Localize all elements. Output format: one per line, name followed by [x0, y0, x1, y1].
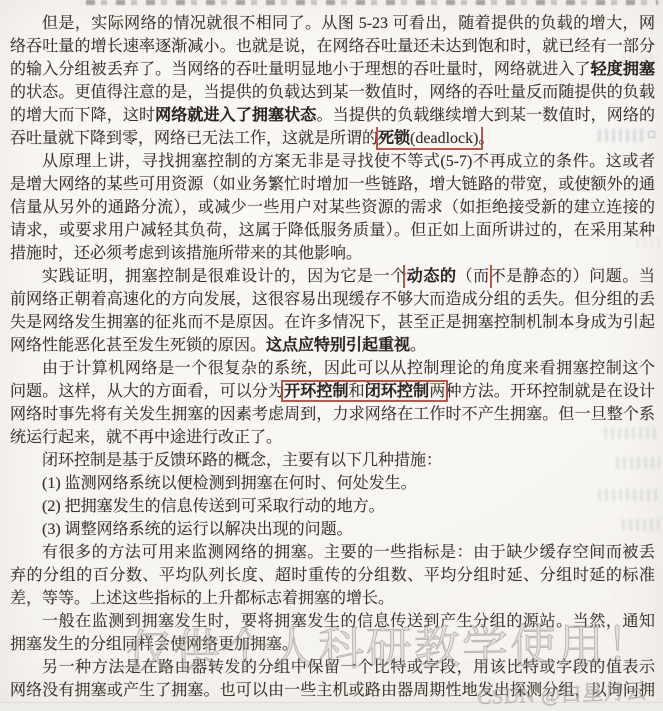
text-line: 网络性能恶化甚至发生死锁的原因。这点应特别引起重视。 [10, 334, 655, 357]
text-line: 统运行起来，就不再中途进行改正了。 [10, 426, 655, 449]
text-line: 弃的分组的百分数、平均队列长度、超时重传的分组数、平均分组时延、分组时延的标准 [10, 564, 655, 587]
text-run: 是增大网络的某些可用资源（如业务繁忙时增加一些链路，增大链路的带宽，或使额外的通 [10, 176, 655, 193]
emphasis-text: 死锁 [378, 130, 410, 147]
emphasis-text: 闭环控制 [365, 383, 430, 400]
text-line: 请求，或要求用户减轻其负荷，这属于降低服务质量）。但正如上面所讲过的，在采用某种 [10, 219, 655, 242]
text-run: (2) 把拥塞发生的信息传送到可采取行动的地方。 [42, 498, 385, 515]
text-line: (2) 把拥塞发生的信息传送到可采取行动的地方。 [10, 495, 655, 518]
text-run: 闭环控制是基于反馈环路的概念，主要有以下几种措施： [42, 452, 442, 469]
text-line: 闭环控制是基于反馈环路的概念，主要有以下几种措施： [10, 449, 655, 472]
text-run: 和 [349, 383, 365, 400]
text-line: 的状态。更值得注意的是，当提供的负载达到某一数值时，网络的吞吐量反而随提供的负载 [10, 81, 655, 104]
text-run: 失是网络发生拥塞的征兆而不是原因。在许多情况下，甚至正是拥塞控制机制本身成为引起 [10, 314, 655, 331]
text-run: 弃的分组的百分数、平均队列长度、超时重传的分组数、平均分组时延、分组时延的标准 [10, 567, 655, 584]
text-line: 失是网络发生拥塞的征兆而不是原因。在许多情况下，甚至正是拥塞控制机制本身成为引起 [10, 311, 655, 334]
text-run: 统运行起来，就不再中途进行改正了。 [10, 429, 282, 446]
text-run: 差，等等。上述这些指标的上升都标志着拥塞的增长。 [10, 590, 394, 607]
text-run: （而 [457, 268, 490, 285]
text-line: 由于计算机网络是一个很复杂的系统，因此可以从控制理论的角度来看拥塞控制这个 [10, 357, 655, 380]
text-run: 从原理上讲，寻找拥塞控制的方案无非是寻找使不等式(5-7)不再成立的条件。这或者 [42, 153, 655, 170]
text-run: 实践证明，拥塞控制是很难设计的，因为它是一个 [42, 268, 407, 285]
text-line: 问题。这样，从大的方面看，可以分为开环控制和闭环控制两种方法。开环控制就是在设计 [10, 380, 655, 403]
text-line: 差，等等。上述这些指标的上升都标志着拥塞的增长。 [10, 587, 655, 610]
emphasis-text: 网络就进入了拥塞状态 [155, 107, 316, 124]
text-line: (1) 监测网络系统以便检测到拥塞在何时、何处发生。 [10, 472, 655, 495]
text-run: 问题。这样，从大的方面看，可以分为 [10, 383, 284, 400]
text-run: 的状态。更值得注意的是，当提供的负载达到某一数值时，网络的吞吐量反而随提供的负载 [10, 84, 655, 101]
text-run: 请求，或要求用户减轻其负荷，这属于降低服务质量）。但正如上面所讲过的，在采用某种 [10, 222, 655, 239]
emphasis-text: 动态的 [407, 268, 457, 285]
text-run: 种方法。开环控制就是在设计 [445, 383, 655, 400]
text-run: (1) 监测网络系统以便检测到拥塞在何时、何处发生。 [42, 475, 417, 492]
text-line: 前网络正朝着高速化的方向发展，这很容易出现缓存不够大而造成分组的丢失。但分组的丢 [10, 288, 655, 311]
text-line: 网络时事先将有关发生拥塞的因素考虑周到，力求网络在工作时不产生拥塞。但一旦整个系 [10, 403, 655, 426]
text-run: 但是，实际网络的情况就很不相同了。从图 5-23 可看出，随着提供的负载的增大，… [42, 15, 655, 32]
text-line: 吞吐量就下降到零，网络已无法工作，这就是所谓的死锁(deadlock)。 [10, 127, 655, 150]
text-run: 。 [478, 130, 494, 147]
scanned-page: 但是，实际网络的情况就很不相同了。从图 5-23 可看出，随着提供的负载的增大，… [0, 0, 663, 711]
text-run: 络吞吐量的增长速率逐渐减小。也就是说，在网络吞吐量还未达到饱和时，就已经有一部分 [10, 38, 655, 55]
text-line: 络吞吐量的增长速率逐渐减小。也就是说，在网络吞吐量还未达到饱和时，就已经有一部分 [10, 35, 655, 58]
text-run: 网络时事先将有关发生拥塞的因素考虑周到，力求网络在工作时不产生拥塞。但一旦整个系 [10, 406, 655, 423]
text-run: 前网络正朝着高速化的方向发展，这很容易出现缓存不够大而造成分组的丢失。但分组的丢 [10, 291, 655, 308]
text-column: 但是，实际网络的情况就很不相同了。从图 5-23 可看出，随着提供的负载的增大，… [10, 12, 655, 702]
text-run: 有很多的方法可用来监测网络的拥塞。主要的一些指标是：由于缺少缓存空间而被丢 [42, 544, 655, 561]
text-run: 。当提供的负载继续增大到某一数值时，网络的 [316, 107, 655, 124]
watermark-academic-use: 仅供个人科研教学使用！ [126, 608, 655, 681]
red-annotation-box: 动态的（而 [407, 268, 490, 285]
cutoff-text-fragment [86, 0, 658, 5]
text-run: (3) 调整网络系统的运行以解决出现的问题。 [42, 521, 353, 538]
text-run: 网络性能恶化甚至发生死锁的原因。 [10, 337, 266, 354]
text-run: 信量从另外的通路分流），或减少一些用户对某些资源的需求（如拒绝接受新的建立连接的 [10, 199, 655, 216]
emphasis-text: 开环控制 [284, 383, 349, 400]
text-line: 的输入分组被丢弃了。当网络的吞吐量明显地小于理想的吞吐量时，网络就进入了轻度拥塞 [10, 58, 655, 81]
text-run: 由于计算机网络是一个很复杂的系统，因此可以从控制理论的角度来看拥塞控制这个 [42, 360, 655, 377]
text-line: (3) 调整网络系统的运行以解决出现的问题。 [10, 518, 655, 541]
text-run: 的输入分组被丢弃了。当网络的吞吐量明显地小于理想的吞吐量时，网络就进入了 [10, 61, 591, 78]
red-annotation-box: 开环控制和闭环控制两 [284, 383, 445, 400]
watermark-csdn: CSDN @白星月云 [477, 675, 648, 711]
text-line: 从原理上讲，寻找拥塞控制的方案无非是寻找使不等式(5-7)不再成立的条件。这或者 [10, 150, 655, 173]
emphasis-text: 这点应特别引起重视 [266, 337, 410, 354]
text-line: 信量从另外的通路分流），或减少一些用户对某些资源的需求（如拒绝接受新的建立连接的 [10, 196, 655, 219]
text-line: 有很多的方法可用来监测网络的拥塞。主要的一些指标是：由于缺少缓存空间而被丢 [10, 541, 655, 564]
text-run: 不是静态的）问题。当 [490, 268, 655, 285]
text-line: 但是，实际网络的情况就很不相同了。从图 5-23 可看出，随着提供的负载的增大，… [10, 12, 655, 35]
red-annotation-box: 死锁(deadlock) [378, 130, 478, 147]
emphasis-text: 轻度拥塞 [591, 61, 655, 78]
text-run: 措施时，还必须考虑到该措施所带来的其他影响。 [10, 245, 362, 262]
text-line: 实践证明，拥塞控制是很难设计的，因为它是一个动态的（而不是静态的）问题。当 [10, 265, 655, 288]
text-line: 是增大网络的某些可用资源（如业务繁忙时增加一些链路，增大链路的带宽，或使额外的通 [10, 173, 655, 196]
text-run: 吞吐量就下降到零，网络已无法工作，这就是所谓的 [10, 130, 378, 147]
text-line: 的增大而下降，这时网络就进入了拥塞状态。当提供的负载继续增大到某一数值时，网络的 [10, 104, 655, 127]
text-run: 。 [410, 337, 426, 354]
text-run: 两 [429, 383, 445, 400]
text-line: 措施时，还必须考虑到该措施所带来的其他影响。 [10, 242, 655, 265]
text-run: (deadlock) [410, 130, 478, 147]
text-run: 的增大而下降，这时 [10, 107, 155, 124]
